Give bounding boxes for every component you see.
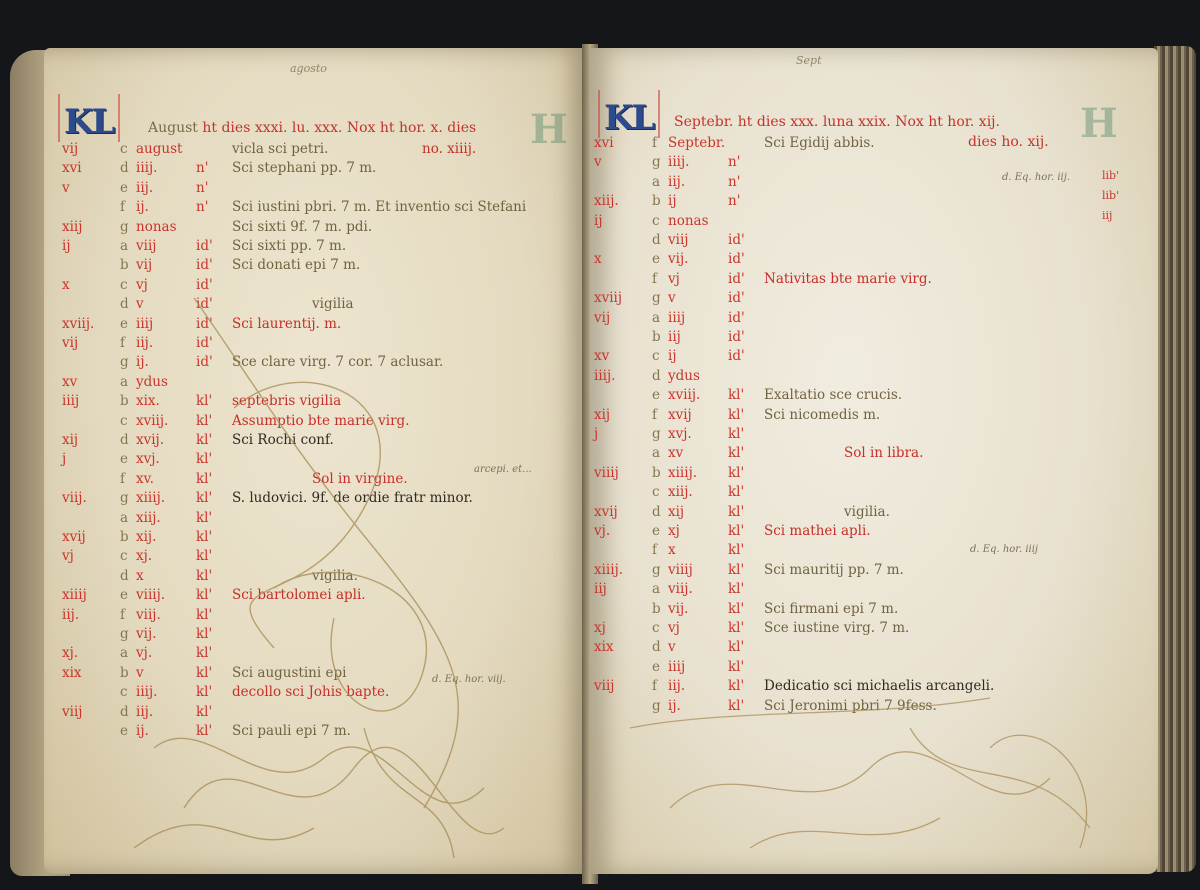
reckoning-unit: id' <box>196 334 226 353</box>
roman-day: xv <box>668 444 728 463</box>
bleed-through-initial: H <box>530 106 566 153</box>
reckoning-unit: kl' <box>196 722 226 741</box>
dominical-letter: b <box>652 192 666 211</box>
roman-day: iiij. <box>136 683 196 702</box>
roman-day: vij. <box>136 625 196 644</box>
month-rubric: Septebr. ht dies xxx. luna xxix. Nox ht … <box>674 114 1000 130</box>
golden-number: xv <box>62 373 108 392</box>
dominical-letter: d <box>120 431 134 450</box>
golden-number: xvi <box>594 134 640 153</box>
month-name: August <box>148 120 198 136</box>
golden-number: ij <box>594 212 640 231</box>
feast-entry: decollo sci Johis bapte. <box>232 683 389 702</box>
golden-number: j <box>62 450 108 469</box>
golden-number: viij. <box>62 489 108 508</box>
golden-number: vj <box>62 547 108 566</box>
feast-entry: septebris vigilia <box>232 392 341 411</box>
dominical-letter: c <box>120 140 134 159</box>
dominical-letter: b <box>120 528 134 547</box>
roman-day: vij. <box>668 250 728 269</box>
feast-entry: Sci Jeronimi pbri 7 9fess. <box>764 697 937 716</box>
roman-day: vj. <box>136 644 196 663</box>
dominical-letter: g <box>120 489 134 508</box>
reckoning-unit: kl' <box>196 412 226 431</box>
golden-number: xiij. <box>594 192 640 211</box>
roman-day: xix. <box>136 392 196 411</box>
reckoning-unit: kl' <box>196 586 226 605</box>
golden-number: x <box>594 250 640 269</box>
feast-entry: Dedicatio sci michaelis arcangeli. <box>764 677 994 696</box>
reckoning-unit: id' <box>196 353 226 372</box>
feast-entry: Exaltatio sce crucis. <box>764 386 902 405</box>
roman-day: xij. <box>136 528 196 547</box>
reckoning-unit: id' <box>196 276 226 295</box>
dominical-letter: e <box>120 315 134 334</box>
margin-rubric: lib' lib' iij <box>1102 166 1119 226</box>
roman-day: viij. <box>136 606 196 625</box>
margin-note: d. Eq. hor. viij. <box>432 674 506 685</box>
roman-day: xvj. <box>136 450 196 469</box>
reckoning-unit: kl' <box>196 528 226 547</box>
reckoning-unit: kl' <box>196 509 226 528</box>
roman-day: xiiij. <box>668 464 728 483</box>
page-block-edge <box>1154 46 1196 872</box>
dominical-letter: a <box>652 580 666 599</box>
roman-day: iiij <box>668 309 728 328</box>
reckoning-unit: kl' <box>196 644 226 663</box>
roman-day: x <box>136 567 196 586</box>
roman-day: ydus <box>136 373 196 392</box>
dominical-letter: b <box>652 328 666 347</box>
right-page-september: Sept KL Septebr. ht dies xxx. luna xxix.… <box>590 48 1158 874</box>
roman-day: xvj. <box>668 425 728 444</box>
reckoning-unit: n' <box>728 153 758 172</box>
roman-day: iiij. <box>136 159 196 178</box>
golden-number: xiiij. <box>594 561 640 580</box>
header-note: agosto <box>290 62 327 75</box>
dominical-letter: b <box>120 256 134 275</box>
reckoning-unit: kl' <box>728 638 758 657</box>
margin-note: d. Eq. hor. iiij <box>970 544 1038 555</box>
feast-entry: Sol in libra. <box>844 444 923 463</box>
margin-note: d. Eq. hor. iij. <box>1002 172 1070 183</box>
feast-entry: Sci Rochi conf. <box>232 431 334 450</box>
golden-number: viij <box>62 703 108 722</box>
reckoning-unit: kl' <box>196 683 226 702</box>
reckoning-unit: kl' <box>196 606 226 625</box>
reckoning-unit: id' <box>728 231 758 250</box>
dominical-letter: c <box>652 619 666 638</box>
reckoning-unit: id' <box>196 237 226 256</box>
dominical-letter: f <box>652 270 666 289</box>
dominical-letter: d <box>652 231 666 250</box>
feast-entry: Sci mathei apli. <box>764 522 871 541</box>
reckoning-unit: id' <box>728 289 758 308</box>
dominical-letter: f <box>652 541 666 560</box>
dominical-letter: a <box>120 373 134 392</box>
reckoning-unit: kl' <box>196 470 226 489</box>
roman-day: ij. <box>668 697 728 716</box>
roman-day: iij. <box>136 179 196 198</box>
reckoning-unit: kl' <box>728 483 758 502</box>
reckoning-unit: kl' <box>196 625 226 644</box>
reckoning-unit: n' <box>196 198 226 217</box>
dominical-letter: c <box>120 276 134 295</box>
feast-entry: Sci sixti pp. 7 m. <box>232 237 346 256</box>
reckoning-unit: n' <box>728 192 758 211</box>
golden-number: xvij <box>594 503 640 522</box>
feast-entry: S. ludovici. 9f. de ordie fratr minor. <box>232 489 473 508</box>
dominical-letter: e <box>652 522 666 541</box>
dominical-letter: c <box>652 483 666 502</box>
feast-entry: Sce clare virg. 7 cor. 7 aclusar. <box>232 353 443 372</box>
dominical-letter: b <box>652 600 666 619</box>
dominical-letter: c <box>120 412 134 431</box>
roman-day: v <box>668 289 728 308</box>
feast-entry: Sci stephani pp. 7 m. <box>232 159 376 178</box>
feast-entry: Sce iustine virg. 7 m. <box>764 619 909 638</box>
roman-day: xiiij. <box>136 489 196 508</box>
roman-day: xj. <box>136 547 196 566</box>
decorated-initial-kl: KL <box>604 98 653 138</box>
golden-number: viiij <box>594 464 640 483</box>
roman-day: vj <box>668 619 728 638</box>
roman-day: x <box>668 541 728 560</box>
golden-number: iij <box>594 580 640 599</box>
dominical-letter: e <box>652 250 666 269</box>
feast-entry: Sci sixti 9f. 7 m. pdi. <box>232 218 372 237</box>
margin-note: arcepi. et... <box>474 464 532 475</box>
reckoning-unit: kl' <box>728 425 758 444</box>
roman-day: ydus <box>668 367 728 386</box>
feast-entry: Sci donati epi 7 m. <box>232 256 360 275</box>
dominical-letter: d <box>120 567 134 586</box>
feast-entry: Sci pauli epi 7 m. <box>232 722 351 741</box>
reckoning-unit: kl' <box>728 503 758 522</box>
dominical-letter: d <box>120 703 134 722</box>
dominical-letter: a <box>120 509 134 528</box>
dominical-letter: a <box>120 237 134 256</box>
feast-entry: Assumptio bte marie virg. <box>232 412 409 431</box>
dominical-letter: c <box>120 683 134 702</box>
feast-entry: vigilia <box>312 295 354 314</box>
reckoning-unit: kl' <box>196 703 226 722</box>
roman-day: xvij. <box>136 431 196 450</box>
month-rubric: August ht dies xxxi. lu. xxx. Nox ht hor… <box>148 120 476 136</box>
reckoning-unit: id' <box>196 256 226 275</box>
month-rubric-text: ht dies xxx. luna xxix. Nox ht hor. xij. <box>738 114 1000 130</box>
golden-number: xj. <box>62 644 108 663</box>
header-note: Sept <box>796 54 822 67</box>
reckoning-unit: kl' <box>196 567 226 586</box>
reckoning-unit: kl' <box>728 600 758 619</box>
roman-day: iiij <box>136 315 196 334</box>
roman-day: vij <box>136 256 196 275</box>
roman-day: viij. <box>668 580 728 599</box>
golden-number: xij <box>594 406 640 425</box>
dominical-letter: e <box>652 386 666 405</box>
roman-day: viiij. <box>136 586 196 605</box>
roman-day: xvij <box>668 406 728 425</box>
roman-day: v <box>668 638 728 657</box>
reckoning-unit: id' <box>728 270 758 289</box>
roman-day: iij. <box>136 334 196 353</box>
golden-number: ij <box>62 237 108 256</box>
roman-day: iij. <box>136 703 196 722</box>
dominical-letter: g <box>652 289 666 308</box>
roman-day: xiij. <box>136 509 196 528</box>
dominical-letter: d <box>652 638 666 657</box>
golden-number: xviij. <box>62 315 108 334</box>
month-name: Septebr. <box>674 114 733 130</box>
roman-day: nonas <box>136 218 196 237</box>
roman-day: xij <box>668 503 728 522</box>
roman-day: ij. <box>136 353 196 372</box>
month-rubric-line2: dies ho. xij. <box>968 134 1049 150</box>
golden-number: vij <box>594 309 640 328</box>
golden-number: vj. <box>594 522 640 541</box>
feast-entry: vicla sci petri. <box>232 140 328 159</box>
dominical-letter: d <box>120 159 134 178</box>
roman-day: xviij. <box>668 386 728 405</box>
golden-number: vij <box>62 140 108 159</box>
roman-day: ij <box>668 192 728 211</box>
golden-number: xv <box>594 347 640 366</box>
roman-day: Septebr. <box>668 134 728 153</box>
feast-entry: Sci nicomedis m. <box>764 406 880 425</box>
reckoning-unit: kl' <box>196 664 226 683</box>
roman-day: nonas <box>668 212 728 231</box>
roman-day: v <box>136 664 196 683</box>
dominical-letter: c <box>652 212 666 231</box>
dominical-letter: d <box>652 367 666 386</box>
dominical-letter: g <box>120 353 134 372</box>
roman-day: xv. <box>136 470 196 489</box>
dominical-letter: g <box>652 425 666 444</box>
reckoning-unit: kl' <box>728 677 758 696</box>
reckoning-unit: id' <box>196 315 226 334</box>
reckoning-unit: id' <box>196 295 226 314</box>
dominical-letter: g <box>120 218 134 237</box>
roman-day: vj <box>136 276 196 295</box>
left-page-august: agosto KL August ht dies xxxi. lu. xxx. … <box>44 48 588 874</box>
roman-day: ij. <box>136 198 196 217</box>
dominical-letter: f <box>120 606 134 625</box>
reckoning-unit: kl' <box>728 697 758 716</box>
dominical-letter: f <box>120 334 134 353</box>
dominical-letter: d <box>652 503 666 522</box>
dominical-letter: d <box>120 295 134 314</box>
golden-number: xix <box>62 664 108 683</box>
reckoning-unit: kl' <box>728 658 758 677</box>
golden-number: xvij <box>62 528 108 547</box>
dominical-letter: e <box>120 179 134 198</box>
month-rubric-text: ht dies xxxi. lu. xxx. Nox ht hor. x. di… <box>202 120 476 136</box>
dominical-letter: a <box>652 309 666 328</box>
dominical-letter: e <box>120 586 134 605</box>
dominical-letter: a <box>652 444 666 463</box>
golden-number: xij <box>62 431 108 450</box>
roman-day: viij <box>668 231 728 250</box>
golden-number: iiij. <box>594 367 640 386</box>
roman-day: august <box>136 140 196 159</box>
feast-entry: vigilia. <box>844 503 890 522</box>
dominical-letter: a <box>652 173 666 192</box>
reckoning-unit: id' <box>728 250 758 269</box>
roman-day: iij <box>668 328 728 347</box>
feast-entry: Sci iustini pbri. 7 m. Et inventio sci S… <box>232 198 526 217</box>
dominical-letter: a <box>120 644 134 663</box>
dominical-letter: b <box>120 664 134 683</box>
reckoning-unit: n' <box>196 159 226 178</box>
reckoning-unit: kl' <box>728 406 758 425</box>
reckoning-unit: kl' <box>728 386 758 405</box>
dominical-letter: f <box>652 406 666 425</box>
reckoning-unit: kl' <box>196 392 226 411</box>
roman-day: xiij. <box>668 483 728 502</box>
roman-day: viiij <box>668 561 728 580</box>
reckoning-unit: n' <box>196 179 226 198</box>
golden-number: xix <box>594 638 640 657</box>
reckoning-unit: kl' <box>728 522 758 541</box>
dominical-letter: g <box>652 561 666 580</box>
feast-entry: vigilia. <box>312 567 358 586</box>
golden-number: xiij <box>62 218 108 237</box>
feast-entry: Sci augustini epi <box>232 664 346 683</box>
reckoning-unit: kl' <box>196 431 226 450</box>
roman-day: iiij. <box>668 153 728 172</box>
roman-day: v <box>136 295 196 314</box>
roman-day: ij <box>668 347 728 366</box>
golden-number: iiij <box>62 392 108 411</box>
reckoning-unit: id' <box>728 347 758 366</box>
golden-number: v <box>62 179 108 198</box>
roman-day: ij. <box>136 722 196 741</box>
golden-number: xviij <box>594 289 640 308</box>
reckoning-unit: kl' <box>728 619 758 638</box>
reckoning-unit: kl' <box>196 489 226 508</box>
reckoning-unit: id' <box>728 309 758 328</box>
reckoning-unit: kl' <box>728 561 758 580</box>
dominical-letter: b <box>652 464 666 483</box>
feast-entry: Sci firmani epi 7 m. <box>764 600 898 619</box>
golden-number: xj <box>594 619 640 638</box>
feast-entry: Sci mauritij pp. 7 m. <box>764 561 904 580</box>
feast-entry: Sci laurentij. m. <box>232 315 341 334</box>
roman-day: xviij. <box>136 412 196 431</box>
dominical-letter: e <box>120 722 134 741</box>
dominical-letter: f <box>652 677 666 696</box>
rubric-extra: no. xiiij. <box>422 140 476 159</box>
reckoning-unit: n' <box>728 173 758 192</box>
dominical-letter: f <box>652 134 666 153</box>
dominical-letter: f <box>120 198 134 217</box>
reckoning-unit: kl' <box>728 541 758 560</box>
roman-day: iij. <box>668 677 728 696</box>
dominical-letter: g <box>120 625 134 644</box>
decorated-initial-kl: KL <box>64 102 113 142</box>
dominical-letter: c <box>652 347 666 366</box>
feast-entry: Nativitas bte marie virg. <box>764 270 932 289</box>
reckoning-unit: id' <box>728 328 758 347</box>
reckoning-unit: kl' <box>728 464 758 483</box>
roman-day: viij <box>136 237 196 256</box>
reckoning-unit: kl' <box>196 547 226 566</box>
dominical-letter: b <box>120 392 134 411</box>
dominical-letter: g <box>652 153 666 172</box>
golden-number: j <box>594 425 640 444</box>
roman-day: iij. <box>668 173 728 192</box>
roman-day: vj <box>668 270 728 289</box>
golden-number: x <box>62 276 108 295</box>
reckoning-unit: kl' <box>728 580 758 599</box>
golden-number: vij <box>62 334 108 353</box>
feast-entry: Sci Egidij abbis. <box>764 134 875 153</box>
feast-entry: Sol in virgine. <box>312 470 408 489</box>
reckoning-unit: kl' <box>728 444 758 463</box>
bleed-through-initial: H <box>1080 100 1116 147</box>
dominical-letter: e <box>120 450 134 469</box>
roman-day: iiij <box>668 658 728 677</box>
golden-number: xvi <box>62 159 108 178</box>
feast-entry: Sci bartolomei apli. <box>232 586 366 605</box>
golden-number: iij. <box>62 606 108 625</box>
roman-day: xj <box>668 522 728 541</box>
golden-number: viij <box>594 677 640 696</box>
dominical-letter: g <box>652 697 666 716</box>
dominical-letter: c <box>120 547 134 566</box>
open-manuscript: agosto KL August ht dies xxxi. lu. xxx. … <box>4 36 1196 884</box>
dominical-letter: f <box>120 470 134 489</box>
dominical-letter: e <box>652 658 666 677</box>
reckoning-unit: kl' <box>196 450 226 469</box>
roman-day: vij. <box>668 600 728 619</box>
golden-number: xiiij <box>62 586 108 605</box>
golden-number: v <box>594 153 640 172</box>
